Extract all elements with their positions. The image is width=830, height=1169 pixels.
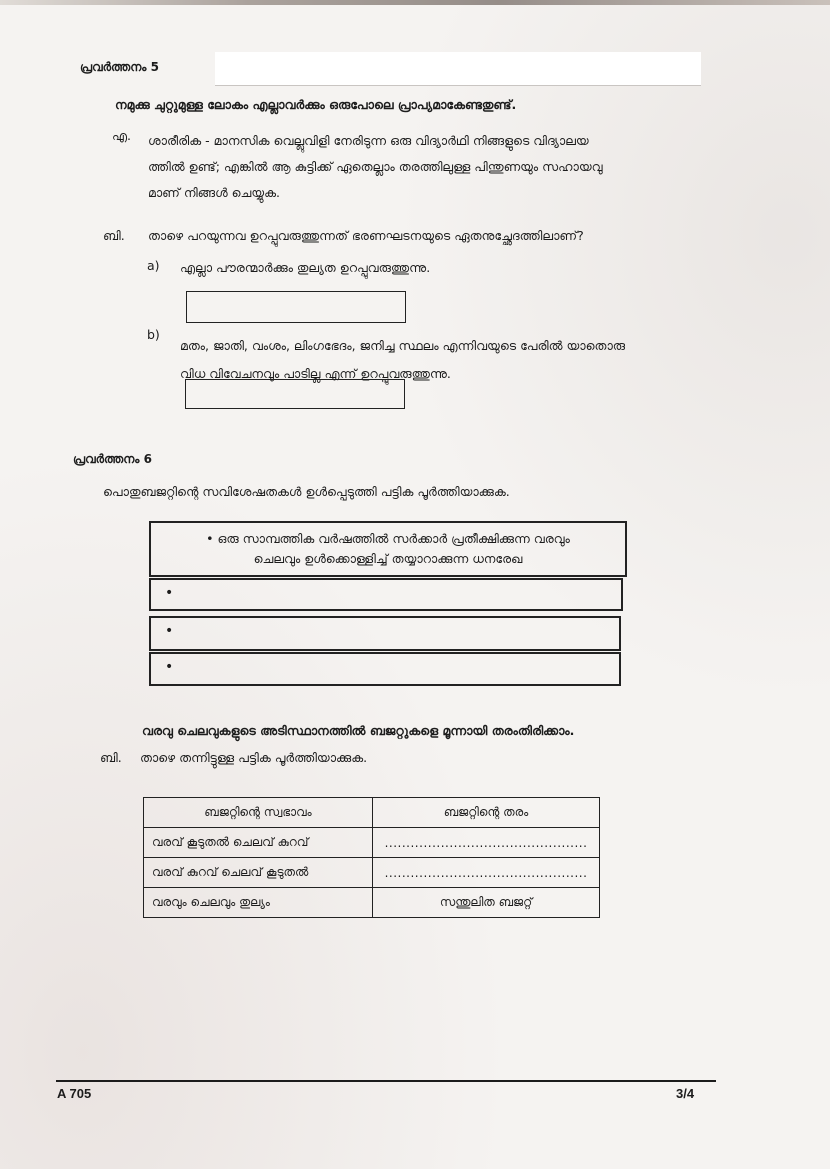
feature-box-2[interactable]: • xyxy=(149,578,623,611)
activity6-part-b-instruction: താഴെ തന്നിട്ടുള്ള പട്ടിക പൂർത്തിയാക്കുക. xyxy=(140,750,367,766)
bullet-dot: • xyxy=(165,623,173,639)
part-a-question: ശാരീരിക - മാനസിക വെല്ലുവിളി നേരിടുന്ന ഒര… xyxy=(148,128,603,206)
scan-top-edge xyxy=(0,0,830,5)
row-type: സന്തുലിത ബജറ്റ് xyxy=(373,888,600,918)
feature-box-4[interactable]: • xyxy=(149,652,621,686)
bullet-dot: • xyxy=(165,585,173,601)
paper-code: A 705 xyxy=(57,1086,91,1101)
row-nature: വരവ് കുറവ് ചെലവ് കൂടുതൽ xyxy=(144,858,373,888)
feature-box-3[interactable]: • xyxy=(149,616,621,651)
row-type-blank[interactable]: ........................................… xyxy=(373,828,600,858)
bullet-dot: • xyxy=(206,531,217,546)
item-a-text: എല്ലാ പൗരന്മാർക്കും തുല്യത ഉറപ്പുവരുത്തു… xyxy=(180,260,430,276)
part-b-question: താഴെ പറയുന്നവ ഉറപ്പുവരുത്തുന്നത് ഭരണഘടനയ… xyxy=(148,228,584,244)
part-b-marker: ബി. xyxy=(103,228,125,244)
item-a-marker: a) xyxy=(147,258,160,273)
table-row: വരവ് കുറവ് ചെലവ് കൂടുതൽ ................… xyxy=(144,858,600,888)
activity6-instruction: പൊതുബജറ്റിന്റെ സവിശേഷതകൾ ഉൾപ്പെടുത്തി പട… xyxy=(103,484,510,500)
table-row: വരവും ചെലവും തുല്യം സന്തുലിത ബജറ്റ് xyxy=(144,888,600,918)
table-header-row: ബജറ്റിന്റെ സ്വഭാവം ബജറ്റിന്റെ തരം xyxy=(144,798,600,828)
item-b-marker: b) xyxy=(147,327,160,342)
header-type: ബജറ്റിന്റെ തരം xyxy=(373,798,600,828)
row-type-blank[interactable]: ........................................… xyxy=(373,858,600,888)
feature-box-1: • ഒരു സാമ്പത്തിക വർഷത്തിൽ സർക്കാർ പ്രതീക… xyxy=(149,521,627,577)
feature-1-text: • ഒരു സാമ്പത്തിക വർഷത്തിൽ സർക്കാർ പ്രതീക… xyxy=(151,529,625,569)
activity6-part-b-marker: ബി. xyxy=(100,750,122,766)
part-a-marker: എ. xyxy=(112,128,131,144)
budget-table: ബജറ്റിന്റെ സ്വഭാവം ബജറ്റിന്റെ തരം വരവ് ക… xyxy=(143,797,600,918)
answer-box-b[interactable] xyxy=(185,379,405,409)
classification-note: വരവു ചെലവുകളുടെ അടിസ്ഥാനത്തിൽ ബജറ്റുകളെ … xyxy=(142,723,574,739)
footer-divider xyxy=(56,1080,716,1082)
answer-box-a[interactable] xyxy=(186,291,406,323)
part-a-line: മാണ് നിങ്ങൾ ചെയ്യുക. xyxy=(148,180,603,206)
table-row: വരവ് കൂടുതൽ ചെലവ് കുറവ് ................… xyxy=(144,828,600,858)
activity5-title: പ്രവർത്തനം 5 xyxy=(80,60,159,75)
part-a-line: ത്തിൽ ഉണ്ട്; എങ്കിൽ ആ കുട്ടിക്ക് ഏതെല്ലാ… xyxy=(148,154,603,180)
activity6-title: പ്രവർത്തനം 6 xyxy=(73,452,152,467)
activity5-intro: നമുക്കു ചുറ്റുമുള്ള ലോകം എല്ലാവർക്കും ഒര… xyxy=(115,97,516,113)
row-nature: വരവും ചെലവും തുല്യം xyxy=(144,888,373,918)
row-nature: വരവ് കൂടുതൽ ചെലവ് കുറവ് xyxy=(144,828,373,858)
part-a-line: ശാരീരിക - മാനസിക വെല്ലുവിളി നേരിടുന്ന ഒര… xyxy=(148,128,603,154)
blank-label-box xyxy=(215,52,701,86)
item-b-line: മതം, ജാതി, വംശം, ലിംഗഭേദം, ജനിച്ച സ്ഥലം … xyxy=(180,332,625,360)
bullet-dot: • xyxy=(165,659,173,675)
page-number: 3/4 xyxy=(676,1086,694,1101)
header-nature: ബജറ്റിന്റെ സ്വഭാവം xyxy=(144,798,373,828)
